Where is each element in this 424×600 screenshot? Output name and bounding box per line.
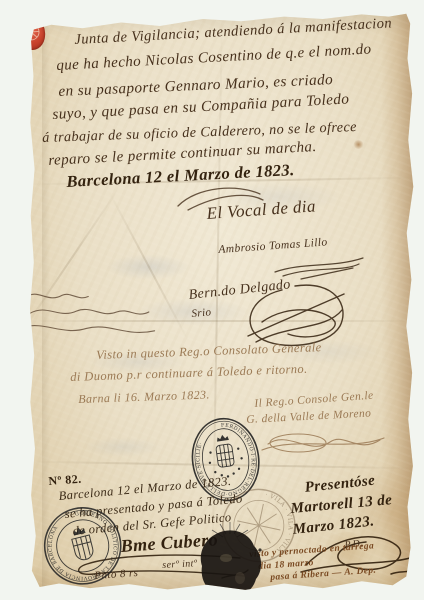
crown-icon [72,526,85,536]
martorell-line: Presentóse [304,473,376,497]
consul-signature: G. della Valle de Moreno [246,407,372,426]
consul-title: Il Reg.o Console Gen.le [254,390,374,410]
manuscript-paper: Junta de Vigilancia; atendiendo á la man… [28,12,416,594]
consul-rubric [258,428,388,458]
ink-stain [353,140,364,149]
red-wax-seal [16,13,46,51]
visa-line: di Duomo p.r continuare á Toledo e ritor… [70,362,308,385]
ink-blot-stamp [192,520,270,600]
signature-flourish [273,254,368,280]
upside-down-scribble [13,278,169,356]
shield-icon [72,535,95,562]
secretary-title: Srio [191,306,212,320]
document-photo: Junta de Vigilancia; atendiendo á la man… [0,0,424,600]
coat-of-arms-icon [216,444,235,468]
visa-line: Barna li 16. Marzo 1823. [78,387,210,407]
crown-icon [216,434,229,442]
wax-seal-ornament-icon [16,13,46,51]
